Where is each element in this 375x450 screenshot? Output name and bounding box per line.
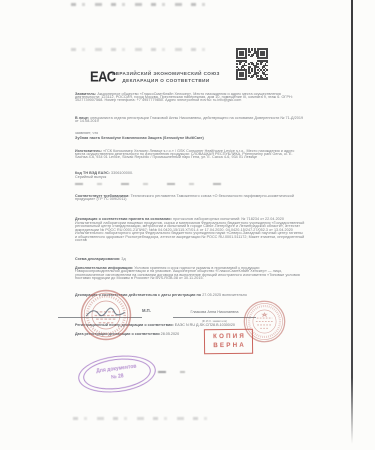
bleed-through-smudge-bottom	[73, 417, 213, 420]
registration-number-label: Регистрационный номер декларации о соотв…	[75, 323, 174, 327]
scan-edge-shadow	[351, 0, 353, 444]
registration-date-value: 28.05.2020	[161, 332, 179, 336]
signatory-name: Глазкова Анна Николаевна	[173, 310, 256, 314]
handwritten-signature	[86, 308, 124, 316]
representative-text: специалиста отдела регистрации Глазковой…	[75, 116, 303, 123]
release-text: Серийный выпуск	[75, 175, 106, 179]
bleed-through-smudge-upper	[71, 48, 208, 51]
handwritten-dash-marks	[75, 183, 225, 185]
product-name: Зубная паста Sensodyne Комплексная Защит…	[75, 136, 204, 140]
applicant-text: Акционерное общество «ГлаксоСмитКляйн Хе…	[75, 92, 293, 102]
manufacturer-text: «ГСК Консьюмер Хелскер Левице s.r.o.» / …	[75, 149, 294, 159]
tnved-line: Код ТН ВЭД ЕАЭС: 3306100000.	[75, 172, 305, 175]
copy-verna-stamp: КОПИЯ ВЕРНА	[204, 329, 253, 355]
tnved-value: 3306100000.	[111, 171, 133, 175]
scanned-declaration-page: ЕАС ЕВРАЗИЙСКИЙ ЭКОНОМИЧЕСКИЙ СОЮЗ ДЕКЛА…	[0, 0, 375, 450]
basis-text: протоколов лабораторных испытаний: № 718…	[75, 217, 304, 242]
manufacturer-paragraph: Изготовитель: «ГСК Консьюмер Хелскер Лев…	[75, 150, 305, 159]
scheme-line: Схема декларирования: 3д	[75, 258, 305, 261]
product-name-line: Зубная паста Sensodyne Комплексная Защит…	[75, 137, 305, 140]
document-header: ЕВРАЗИЙСКИЙ ЭКОНОМИЧЕСКИЙ СОЮЗ ДЕКЛАРАЦИ…	[100, 71, 232, 83]
registration-number-line: Регистрационный номер декларации о соотв…	[75, 323, 347, 327]
validity-line: Декларация о соответствии действительна …	[75, 294, 305, 297]
scheme-label: Схема декларирования:	[75, 257, 120, 261]
validity-label: Декларация о соответствии действительна …	[75, 293, 201, 297]
qr-code-icon	[236, 48, 268, 80]
scheme-value: 3д	[121, 257, 125, 261]
applicant-paragraph: Заявитель: Акционерное общество «ГлаксоС…	[75, 93, 305, 102]
representative-paragraph: В лице: специалиста отдела регистрации Г…	[75, 117, 305, 123]
basis-paragraph: Декларация о соответствии принята на осн…	[75, 218, 305, 243]
tnved-label: Код ТН ВЭД ЕАЭС:	[75, 171, 110, 175]
declares-text: заявляет, что	[75, 131, 98, 135]
seal-place-label: М.П.	[142, 308, 151, 313]
additional-info-paragraph: Дополнительная информация: Условия хране…	[75, 267, 305, 281]
for-documents-oval-stamp: Для документов № 28	[76, 351, 158, 396]
copy-stamp-line2: ВЕРНА	[211, 341, 246, 350]
bleed-through-smudge-top	[71, 3, 214, 6]
registration-date-label: Дата регистрации декларации о соответств…	[75, 332, 160, 336]
signature-line	[58, 317, 142, 318]
release-line: Серийный выпуск	[75, 176, 305, 179]
conformity-paragraph: Соответствует требованиям: Технического …	[75, 195, 305, 201]
handwritten-dash-marks-bottom	[158, 371, 194, 373]
validity-value: 27.05.2025 включительно	[202, 293, 247, 297]
registration-number-value: ЕАЭС N RU Д-SK.СП28.В.10300/20	[175, 323, 235, 327]
union-name: ЕВРАЗИЙСКИЙ ЭКОНОМИЧЕСКИЙ СОЮЗ	[100, 71, 232, 76]
document-title: ДЕКЛАРАЦИЯ О СООТВЕТСТВИИ	[100, 78, 232, 83]
